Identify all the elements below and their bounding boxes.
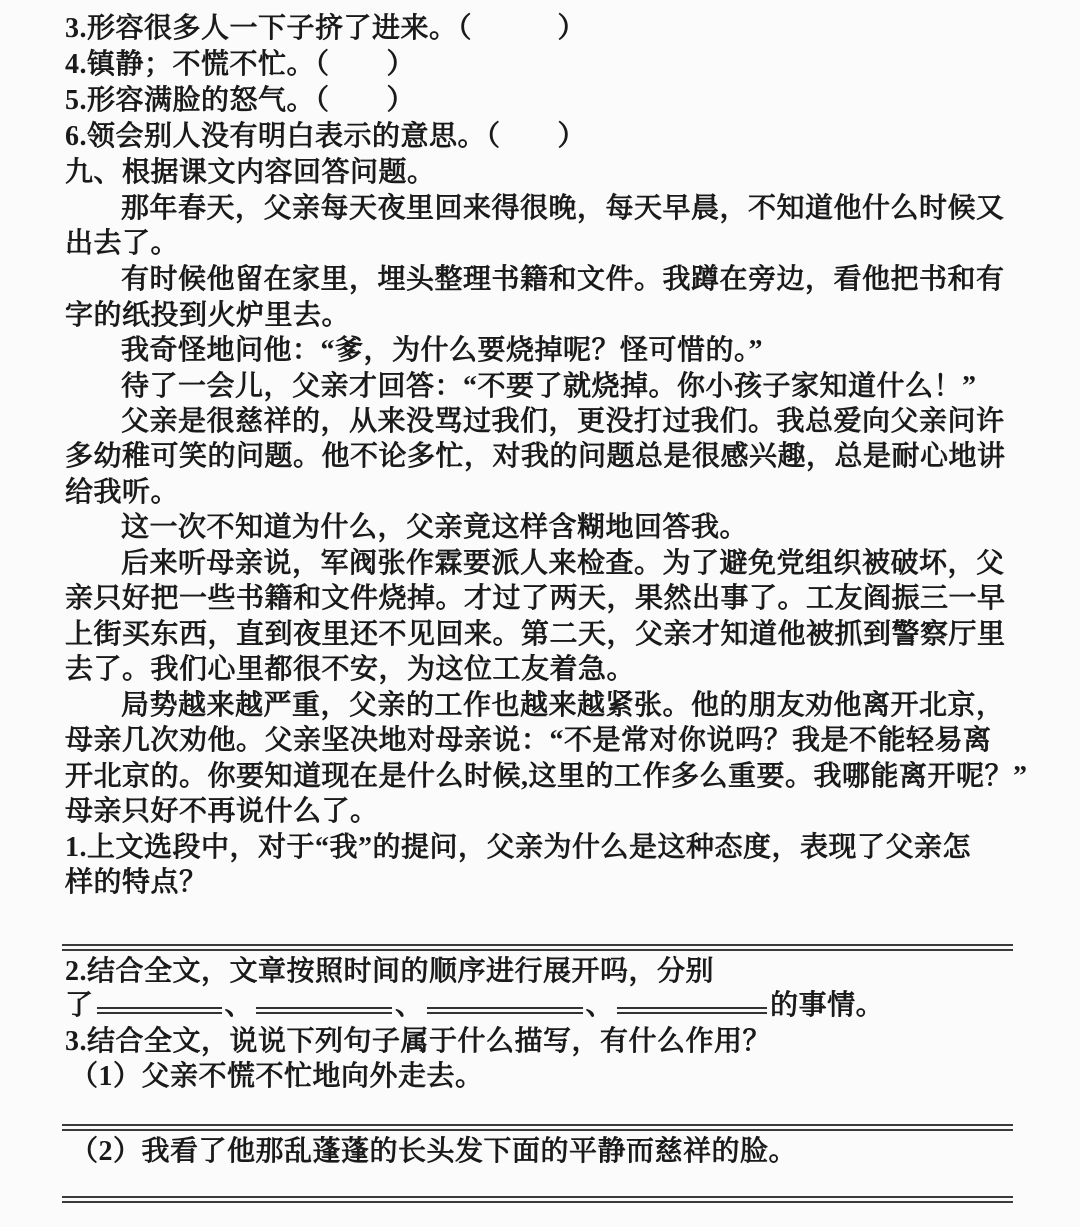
answer-separator-line [62, 1196, 1013, 1203]
question-1-line: 样的特点？ [65, 867, 208, 899]
passage-line: 待了一会儿，父亲才回答：“不要了就烧掉。你小孩子家知道什么！” [121, 371, 977, 403]
question-3-text: 3.结合全文，说说下列句子属于什么描写，有什么作用？ [65, 1026, 771, 1058]
enumeration-comma: 、 [225, 990, 254, 1021]
passage-line: 父亲是很慈祥的，从来没骂过我们，更没打过我们。我总爱向父亲问许 [121, 406, 1005, 438]
vocab-item-5: 5.形容满脸的怒气。（ ） [65, 85, 415, 117]
passage-line: 出去了。 [65, 228, 179, 260]
fill-blank-underline [97, 988, 222, 1014]
question-3-sub-2: （2）我看了他那乱蓬蓬的长头发下面的平静而慈祥的脸。 [70, 1136, 797, 1168]
question-3-sub-1: （1）父亲不慌不忙地向外走去。 [70, 1061, 484, 1093]
passage-line: 后来听母亲说，军阀张作霖要派人来检查。为了避免党组织被破坏，父 [121, 548, 1005, 580]
passage-line: 那年春天，父亲每天夜里回来得很晚，每天早晨，不知道他什么时候又 [121, 193, 1005, 225]
passage-line: 我奇怪地问他：“爹，为什么要烧掉呢？怪可惜的。” [121, 335, 763, 367]
question-2-fill-line: 了、、、的事情。 [65, 988, 884, 1022]
enumeration-comma: 、 [395, 990, 424, 1021]
passage-line: 给我听。 [65, 477, 179, 509]
fill-blank-underline [427, 988, 583, 1014]
question-1-line: 1.上文选段中，对于“我”的提问，父亲为什么是这种态度，表现了父亲怎 [65, 832, 971, 864]
question-2-text: 2.结合全文，文章按照时间的顺序进行展开吗，分别 [65, 956, 714, 988]
fill-suffix: 的事情。 [770, 990, 884, 1021]
vocab-item-4: 4.镇静；不慌不忙。（ ） [65, 49, 415, 81]
vocab-item-6: 6.领会别人没有明白表示的意思。（ ） [65, 121, 586, 153]
enumeration-comma: 、 [586, 990, 615, 1021]
passage-line: 母亲只好不再说什么了。 [65, 796, 379, 828]
worksheet-page: 3.形容很多人一下子挤了进来。（ ） 4.镇静；不慌不忙。（ ） 5.形容满脸的… [0, 0, 1080, 1227]
answer-separator-line [62, 1124, 1013, 1131]
fill-blank-underline [256, 988, 392, 1014]
passage-line: 字的纸投到火炉里去。 [65, 300, 350, 332]
passage-line: 局势越来越严重，父亲的工作也越来越紧张。他的朋友劝他离开北京， [121, 690, 1005, 722]
passage-line: 多幼稚可笑的问题。他不论多忙，对我的问题总是很感兴趣，总是耐心地讲 [65, 441, 1006, 473]
passage-line: 亲只好把一些书籍和文件烧掉。才过了两天，果然出事了。工友阎振三一早 [65, 583, 1006, 615]
passage-line: 有时候他留在家里，埋头整理书籍和文件。我蹲在旁边，看他把书和有 [121, 264, 1005, 296]
passage-line: 母亲几次劝他。父亲坚决地对母亲说：“不是常对你说吗？我是不能轻易离 [65, 725, 992, 757]
section-heading: 九、根据课文内容回答问题。 [65, 157, 436, 189]
passage-line: 这一次不知道为什么，父亲竟这样含糊地回答我。 [121, 512, 748, 544]
passage-line: 去了。我们心里都很不安，为这位工友着急。 [65, 654, 635, 686]
fill-blank-underline [617, 988, 767, 1014]
passage-line: 上街买东西，直到夜里还不见回来。第二天，父亲才知道他被抓到警察厅里 [65, 619, 1006, 651]
vocab-item-3: 3.形容很多人一下子挤了进来。（ ） [65, 13, 586, 45]
passage-line: 开北京的。你要知道现在是什么时候,这里的工作多么重要。我哪能离开呢？” [65, 761, 1028, 793]
fill-prefix: 了 [65, 990, 94, 1021]
answer-separator-line [62, 944, 1013, 951]
